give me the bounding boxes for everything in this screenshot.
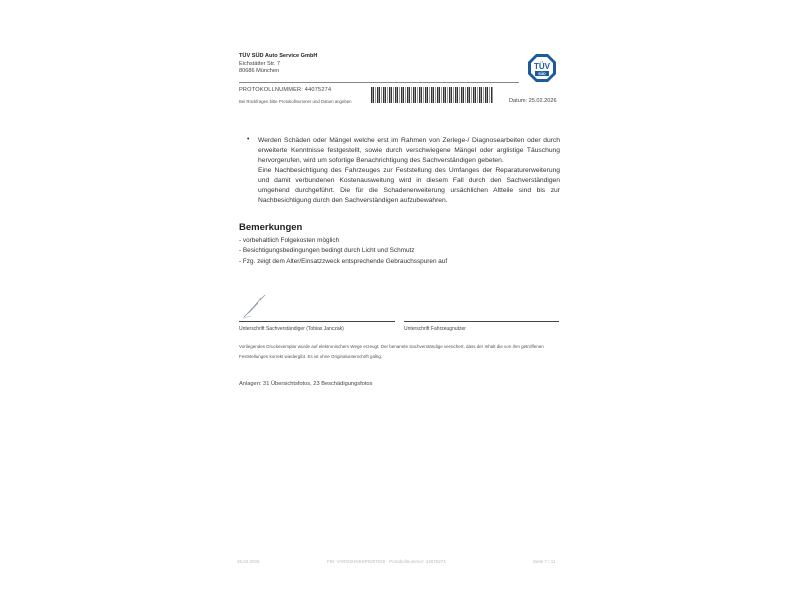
header-divider [239,82,519,83]
company-address: TÜV SÜD Auto Service GmbH Eichstätter St… [239,53,317,76]
expert-signature-line [239,321,395,322]
notice-text: Werden Schäden oder Mängel welche erst i… [258,136,560,206]
legal-notice: Vorliegendes Druckexemplar wurde auf ele… [239,342,564,362]
company-name: TÜV SÜD Auto Service GmbH [239,53,317,61]
user-signature-label: Unterschrift Fahrzeugnutzer [404,326,466,332]
barcode-icon [370,86,495,104]
notice-paragraph-2: Eine Nachbesichtigung des Fahrzeuges zur… [258,166,560,206]
document-date: Datum: 25.02.2026 [509,98,557,104]
bullet-icon: • [247,136,249,143]
remarks-list: - vorbehaltlich Folgekosten möglich - Be… [239,236,447,267]
svg-text:SÜD: SÜD [538,72,546,76]
user-signature-line [404,321,559,322]
remark-item: - Besichtigungsbedingungen bedingt durch… [239,246,447,256]
footer-reference: FIN: VARGSHNSSP0207030 · Protokollnummer… [327,559,446,564]
remark-item: - Fzg. zeigt dem Alter/Einsatzzweck ents… [239,257,447,267]
inquiry-hint: Bei Rückfragen bitte Protokollnummer und… [239,99,352,104]
company-city: 80686 München [239,68,317,76]
svg-text:TÜV: TÜV [534,62,551,71]
attachments: Anlagen: 31 Übersichtsfotos, 23 Beschädi… [239,381,372,387]
signature-icon [241,294,273,319]
tuv-sud-logo-icon: TÜV SÜD [527,53,557,83]
footer-page: Seite 7 / 11 [533,559,555,564]
company-street: Eichstätter Str. 7 [239,61,317,69]
expert-signature-label: Unterschrift Sachverständiger (Tobias Ja… [239,326,344,332]
notice-paragraph-1: Werden Schäden oder Mängel welche erst i… [258,136,560,166]
footer-date: 25.02.2026 [237,559,260,564]
remark-item: - vorbehaltlich Folgekosten möglich [239,236,447,246]
document-page: TÜV SÜD Auto Service GmbH Eichstätter St… [0,0,800,600]
protocol-number: PROTOKOLLNUMMER: 44075274 [239,87,331,93]
remarks-heading: Bemerkungen [239,222,302,233]
